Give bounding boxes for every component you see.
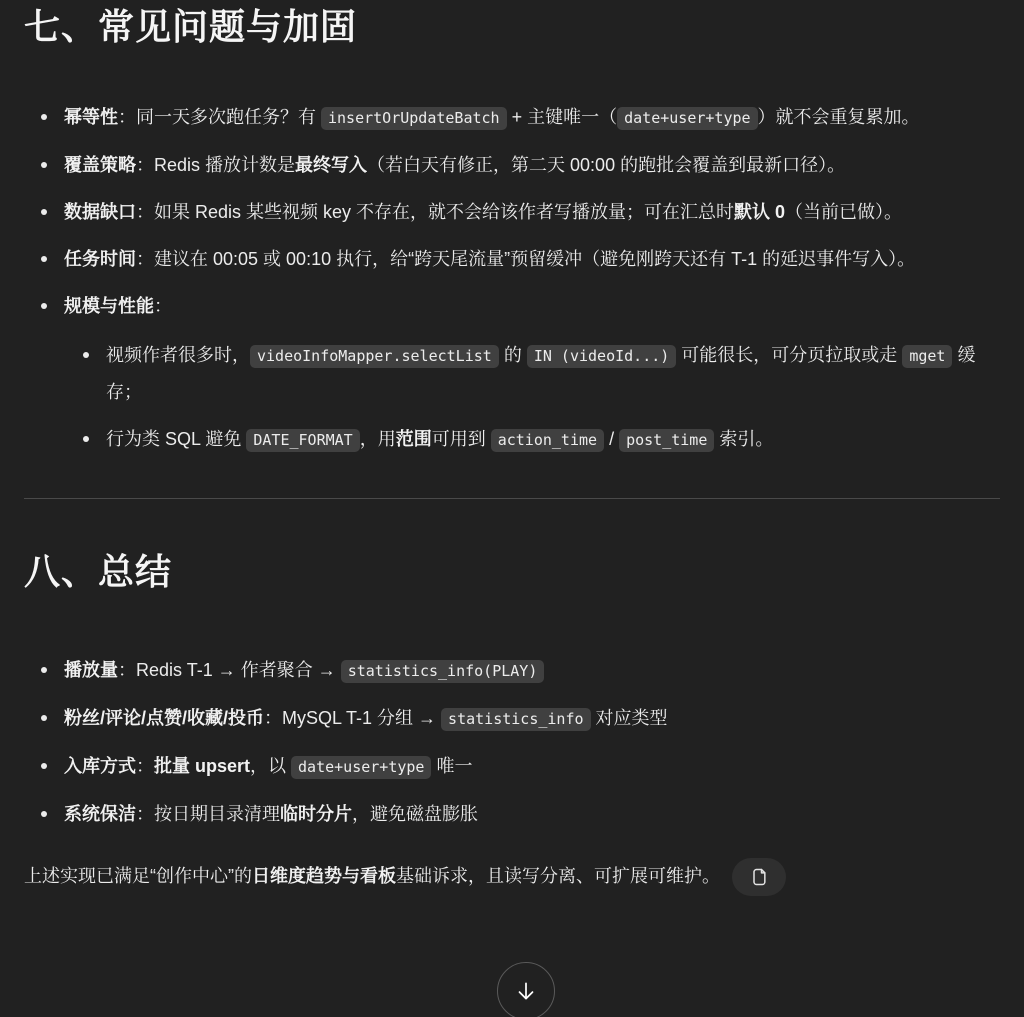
list-item: 入库方式：批量 upsert，以 date+user+type 唯一 bbox=[38, 748, 1000, 785]
arrow-down-icon bbox=[513, 978, 539, 1004]
summary-list: 播放量：Redis T-1 → 作者聚合 → statistics_info(P… bbox=[24, 652, 1000, 832]
section-divider bbox=[24, 498, 1000, 499]
list-item: 行为类 SQL 避免 DATE_FORMAT，用范围可用到 action_tim… bbox=[80, 421, 1000, 458]
closing-paragraph: 上述实现已满足“创作中心”的日维度趋势与看板基础诉求，且读写分离、可扩展可维护。 bbox=[24, 858, 1000, 896]
scroll-down-button[interactable] bbox=[497, 962, 555, 1017]
copy-icon bbox=[749, 867, 769, 887]
performance-sublist: 视频作者很多时，videoInfoMapper.selectList 的 IN … bbox=[64, 337, 1000, 458]
assistant-message: 七、常见问题与加固 幂等性：同一天多次跑任务？有 insertOrUpdateB… bbox=[0, 4, 1024, 896]
copy-button[interactable] bbox=[732, 858, 786, 896]
list-item: 粉丝/评论/点赞/收藏/投币：MySQL T-1 分组 → statistics… bbox=[38, 700, 1000, 737]
list-item: 任务时间：建议在 00:05 或 00:10 执行，给“跨天尾流量”预留缓冲（避… bbox=[38, 241, 1000, 277]
closing-text: 上述实现已满足“创作中心”的日维度趋势与看板基础诉求，且读写分离、可扩展可维护。 bbox=[24, 866, 720, 886]
list-item: 覆盖策略：Redis 播放计数是最终写入（若白天有修正，第二天 00:00 的跑… bbox=[38, 147, 1000, 183]
hardening-list: 幂等性：同一天多次跑任务？有 insertOrUpdateBatch + 主键唯… bbox=[24, 99, 1000, 458]
list-item: 播放量：Redis T-1 → 作者聚合 → statistics_info(P… bbox=[38, 652, 1000, 689]
list-item: 系统保洁：按日期目录清理临时分片，避免磁盘膨胀 bbox=[38, 796, 1000, 832]
section-title-summary: 八、总结 bbox=[24, 549, 1000, 594]
list-item: 规模与性能： 视频作者很多时，videoInfoMapper.selectLis… bbox=[38, 288, 1000, 458]
section-title-hardening: 七、常见问题与加固 bbox=[24, 4, 1000, 49]
list-item: 幂等性：同一天多次跑任务？有 insertOrUpdateBatch + 主键唯… bbox=[38, 99, 1000, 136]
list-item: 数据缺口：如果 Redis 某些视频 key 不存在，就不会给该作者写播放量；可… bbox=[38, 194, 1000, 230]
list-item-text: 规模与性能： bbox=[64, 296, 172, 316]
list-item: 视频作者很多时，videoInfoMapper.selectList 的 IN … bbox=[80, 337, 1000, 410]
